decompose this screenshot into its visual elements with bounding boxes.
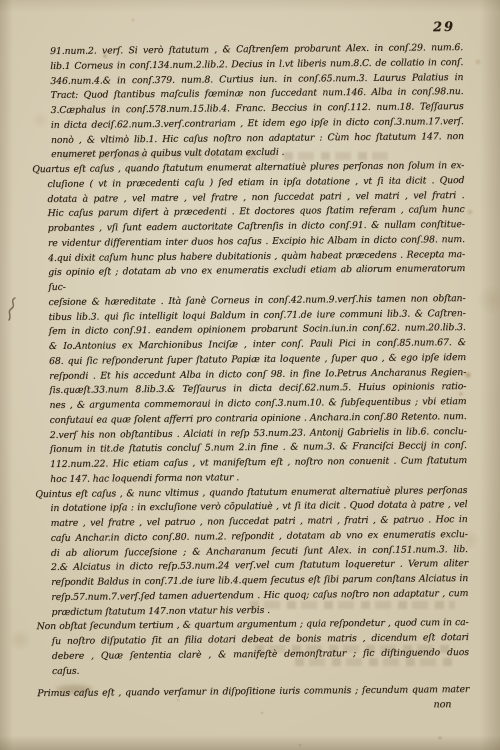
page-number: 29 (433, 20, 455, 36)
paragraph: Quintus eſt caſus , & nunc vltimus , qua… (35, 483, 468, 620)
paragraph: Quartus eſt caſus , quando ſtatutum enum… (32, 159, 467, 488)
paragraph: Non obſtat ſecundum tertium , & quartum … (37, 616, 470, 679)
text-line: gis opinio eſt ; dotatam ab vno ex enume… (33, 262, 465, 296)
scanned-page: { "page": { "number": "29", "catchword":… (0, 0, 500, 750)
handwritten-mark (5, 296, 19, 322)
paragraph: 91.num.2. verſ. Si verò ſtatutum , & Caſ… (31, 41, 464, 163)
text-block: 91.num.2. verſ. Si verò ſtatutum , & Caſ… (31, 41, 469, 717)
